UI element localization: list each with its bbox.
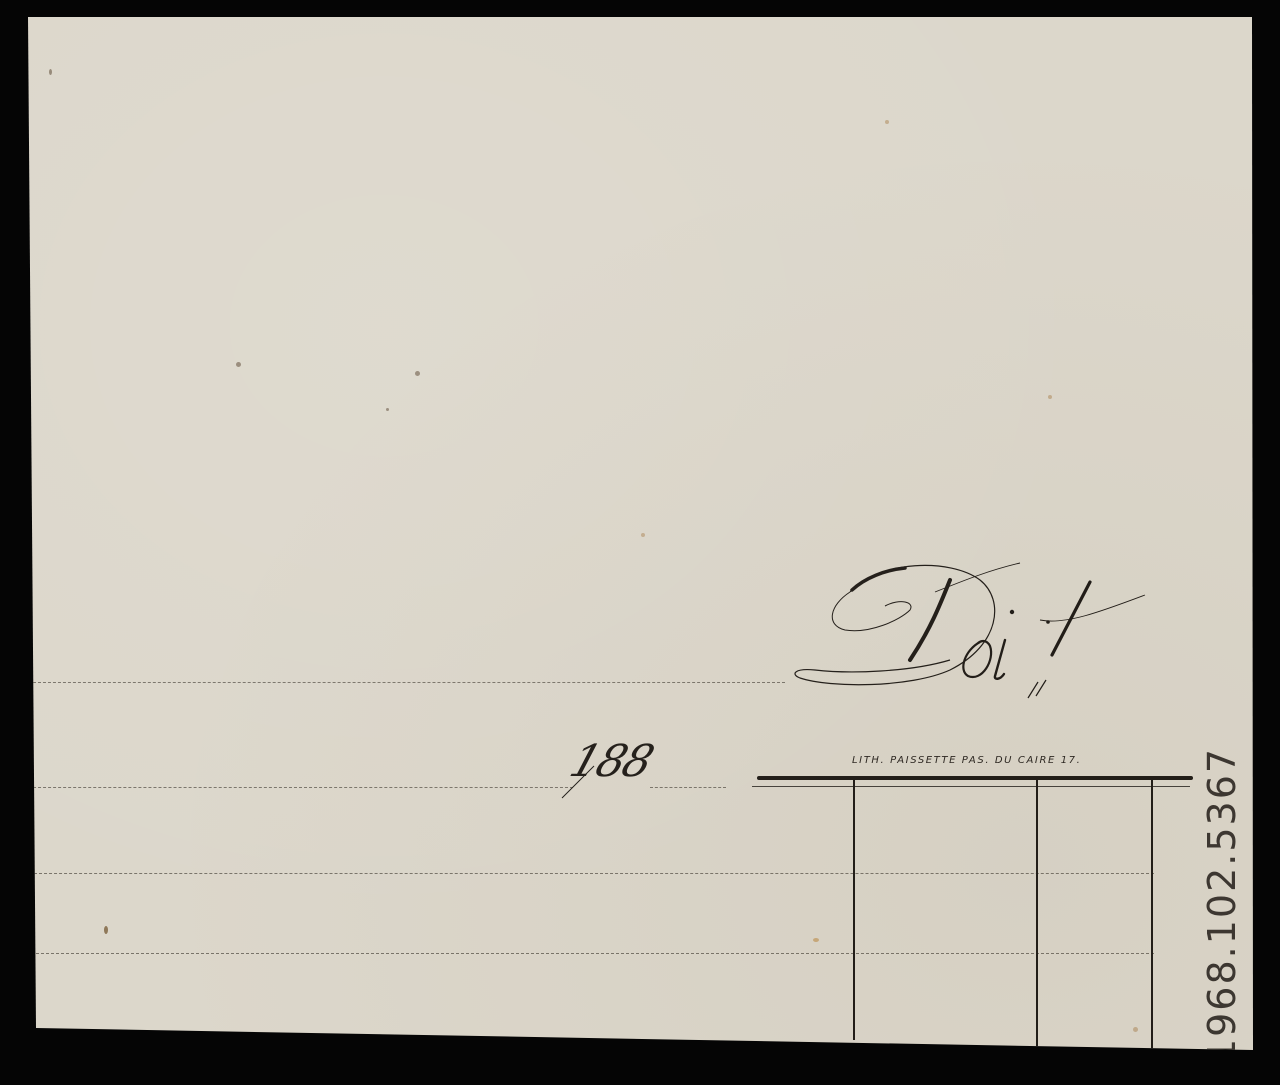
paper-speck xyxy=(885,120,889,124)
table-column-divider-1 xyxy=(853,780,855,1040)
table-column-divider-2 xyxy=(1036,780,1038,1048)
paper-speck xyxy=(104,926,108,934)
ruled-line-4 xyxy=(36,953,1154,954)
accession-number: 1968.102.5367 xyxy=(1200,747,1244,1063)
paper-speck xyxy=(386,408,389,411)
paper-speck xyxy=(1048,395,1052,399)
date-year-prefix: 188 xyxy=(564,736,659,787)
printer-imprint: LITH. PAISSETTE PAS. DU CAIRE 17. xyxy=(852,755,1081,766)
table-top-thick-rule xyxy=(757,776,1193,780)
scan-background: LITH. PAISSETTE PAS. DU CAIRE 17. 188 xyxy=(0,0,1280,1085)
paper-speck xyxy=(813,938,819,942)
doit-script-heading xyxy=(790,550,1150,700)
ruled-line-1 xyxy=(28,682,785,683)
ruled-line-2-left xyxy=(28,787,573,788)
paper-speck xyxy=(1133,1027,1138,1032)
ruled-line-2-mid xyxy=(650,787,726,788)
paper-sheet: LITH. PAISSETTE PAS. DU CAIRE 17. 188 xyxy=(0,0,1280,1085)
paper-speck xyxy=(49,69,52,75)
paper-speck xyxy=(641,533,645,537)
table-top-thin-rule xyxy=(752,786,1190,787)
paper-speck xyxy=(415,371,420,376)
table-column-divider-3 xyxy=(1151,780,1153,1052)
ruled-line-3 xyxy=(34,873,1154,874)
year-lead-stroke xyxy=(560,760,600,800)
paper-speck xyxy=(236,362,241,367)
